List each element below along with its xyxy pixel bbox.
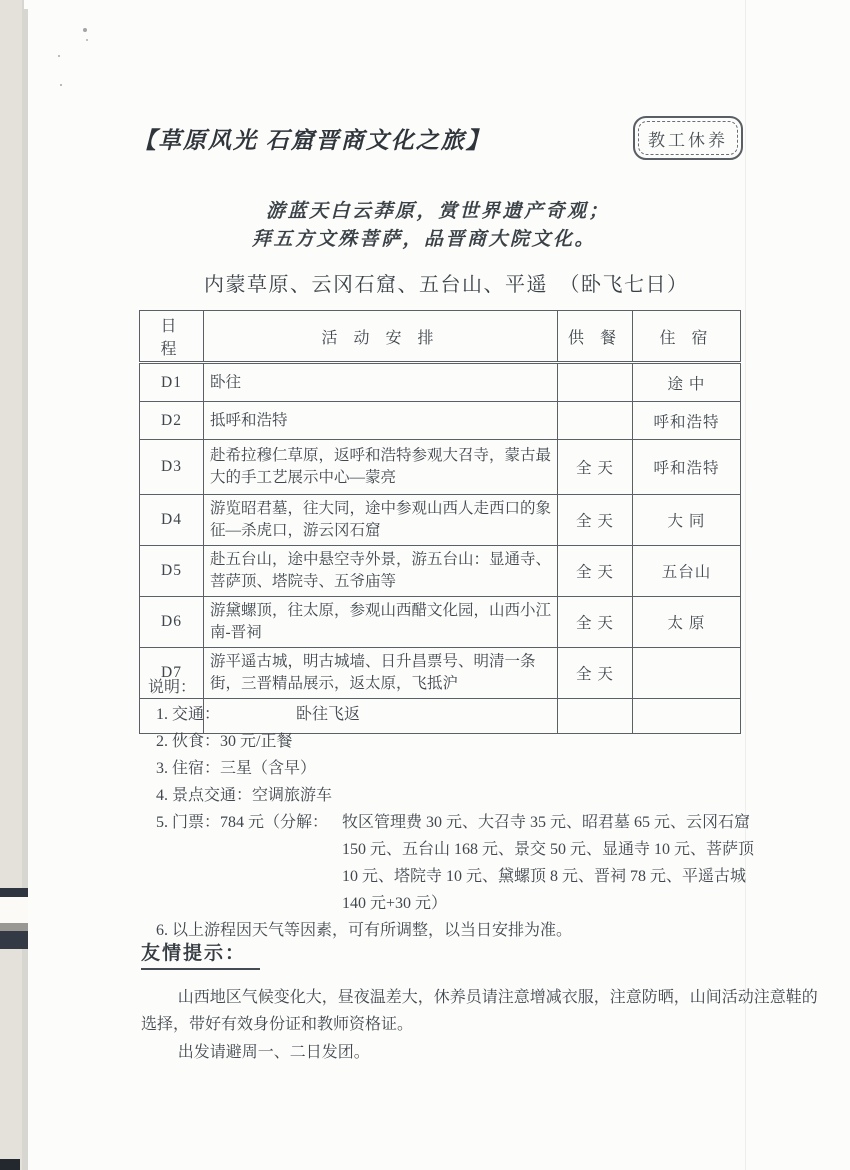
note-item-meals: 2. 伙食：30 元/正餐 [156, 728, 754, 755]
table-row: D1 卧往 途 中 [140, 363, 741, 402]
note-item-tickets: 5. 门票：784 元（分解： 牧区管理费 30 元、大召寺 35 元、昭君墓 … [156, 809, 754, 917]
scan-dark-band-artifact [0, 931, 28, 949]
cell-lodging: 大 同 [633, 495, 741, 546]
cell-meals [558, 363, 633, 402]
tips-paragraph-2: 出发请避周一、二日发团。 [141, 1039, 823, 1066]
scan-light-band-artifact [0, 897, 28, 923]
cell-meals: 全 天 [558, 440, 633, 495]
poem-line-2: 拜五方文殊菩萨，品晋商大院文化。 [252, 224, 596, 251]
cell-meals: 全 天 [558, 597, 633, 648]
stamp-label: 教工休养 [648, 126, 728, 151]
paper-left-edge-line [22, 0, 28, 1170]
cell-day: D4 [140, 495, 204, 546]
note-item-lodging: 3. 住宿：三星（含早） [156, 755, 754, 782]
column-header-activity: 活 动 安 排 [204, 311, 558, 363]
scan-notch-artifact [24, 0, 40, 9]
staple-marks-artifact [83, 28, 87, 32]
itinerary-table: 日 程 活 动 安 排 供 餐 住 宿 D1 卧往 途 中 D2 抵呼和浩特 呼… [139, 310, 741, 734]
table-row: D4 游览昭君墓，往大同，途中参观山西人走西口的象征—杀虎口，游云冈石窟 全 天… [140, 495, 741, 546]
cell-activity: 游览昭君墓，往大同，途中参观山西人走西口的象征—杀虎口，游云冈石窟 [204, 495, 558, 546]
cell-activity: 游黛螺顶，往太原，参观山西醋文化园，山西小江南-晋祠 [204, 597, 558, 648]
table-header-row: 日 程 活 动 安 排 供 餐 住 宿 [140, 311, 741, 363]
table-row: D6 游黛螺顶，往太原，参观山西醋文化园，山西小江南-晋祠 全 天 太 原 [140, 597, 741, 648]
cell-lodging: 呼和浩特 [633, 440, 741, 495]
cell-activity: 赴五台山，途中悬空寺外景，游五台山：显通寺、菩萨顶、塔院寺、五爷庙等 [204, 546, 558, 597]
cell-day: D2 [140, 402, 204, 440]
table-row: D3 赴希拉穆仁草原，返呼和浩特参观大召寺，蒙古最大的手工艺展示中心—蒙亮 全 … [140, 440, 741, 495]
table-row: D5 赴五台山，途中悬空寺外景，游五台山：显通寺、菩萨顶、塔院寺、五爷庙等 全 … [140, 546, 741, 597]
scanned-document-page: 【草原风光 石窟晋商文化之旅】 教工休养 游蓝天白云莽原，赏世界遗产奇观； 拜五… [0, 0, 850, 1170]
document-title: 【草原风光 石窟晋商文化之旅】 [133, 122, 491, 155]
staff-recuperation-stamp: 教工休养 [633, 116, 743, 160]
itinerary-heading: 内蒙草原、云冈石窟、五台山、平遥 （卧飞七日） [204, 268, 689, 297]
cell-activity: 卧往 [204, 363, 558, 402]
notes-section: 说明： 1. 交通： 卧往飞返 2. 伙食：30 元/正餐 3. 住宿：三星（含… [148, 674, 754, 944]
cell-meals [558, 402, 633, 440]
cell-activity: 抵呼和浩特 [204, 402, 558, 440]
cell-meals: 全 天 [558, 546, 633, 597]
cell-day: D1 [140, 363, 204, 402]
note-label: 1. 交通： [156, 701, 220, 728]
note-value: 牧区管理费 30 元、大召寺 35 元、昭君墓 65 元、云冈石窟 150 元、… [342, 809, 754, 917]
cell-day: D6 [140, 597, 204, 648]
table-row: D2 抵呼和浩特 呼和浩特 [140, 402, 741, 440]
note-item-transport: 1. 交通： 卧往飞返 [156, 701, 754, 728]
cell-day: D5 [140, 546, 204, 597]
cell-activity: 赴希拉穆仁草原，返呼和浩特参观大召寺，蒙古最大的手工艺展示中心—蒙亮 [204, 440, 558, 495]
note-item-sight-transport: 4. 景点交通：空调旅游车 [156, 782, 754, 809]
column-header-lodging: 住 宿 [633, 311, 741, 363]
note-value: 卧往飞返 [296, 701, 360, 728]
scanner-edge-strip [0, 0, 22, 1170]
cell-meals: 全 天 [558, 495, 633, 546]
notes-heading: 说明： [148, 674, 754, 701]
tips-section: 友情提示： 山西地区气候变化大，昼夜温差大，休养员请注意增减衣服，注意防晒，山间… [141, 938, 823, 1066]
cell-day: D3 [140, 440, 204, 495]
column-header-meals: 供 餐 [558, 311, 633, 363]
cell-lodging: 呼和浩特 [633, 402, 741, 440]
poem-line-1: 游蓝天白云莽原，赏世界遗产奇观； [266, 196, 610, 223]
scan-dark-band-artifact [0, 888, 28, 897]
cell-lodging: 途 中 [633, 363, 741, 402]
cell-lodging: 五台山 [633, 546, 741, 597]
tips-paragraph-1: 山西地区气候变化大，昼夜温差大，休养员请注意增减衣服，注意防晒，山间活动注意鞋的… [141, 984, 823, 1038]
cell-lodging: 太 原 [633, 597, 741, 648]
note-label: 5. 门票：784 元（分解： [156, 809, 342, 836]
scan-gray-band-artifact [0, 923, 28, 931]
tips-heading: 友情提示： [141, 938, 260, 970]
scan-corner-mark-artifact [0, 1159, 20, 1170]
column-header-day: 日 程 [140, 311, 204, 363]
